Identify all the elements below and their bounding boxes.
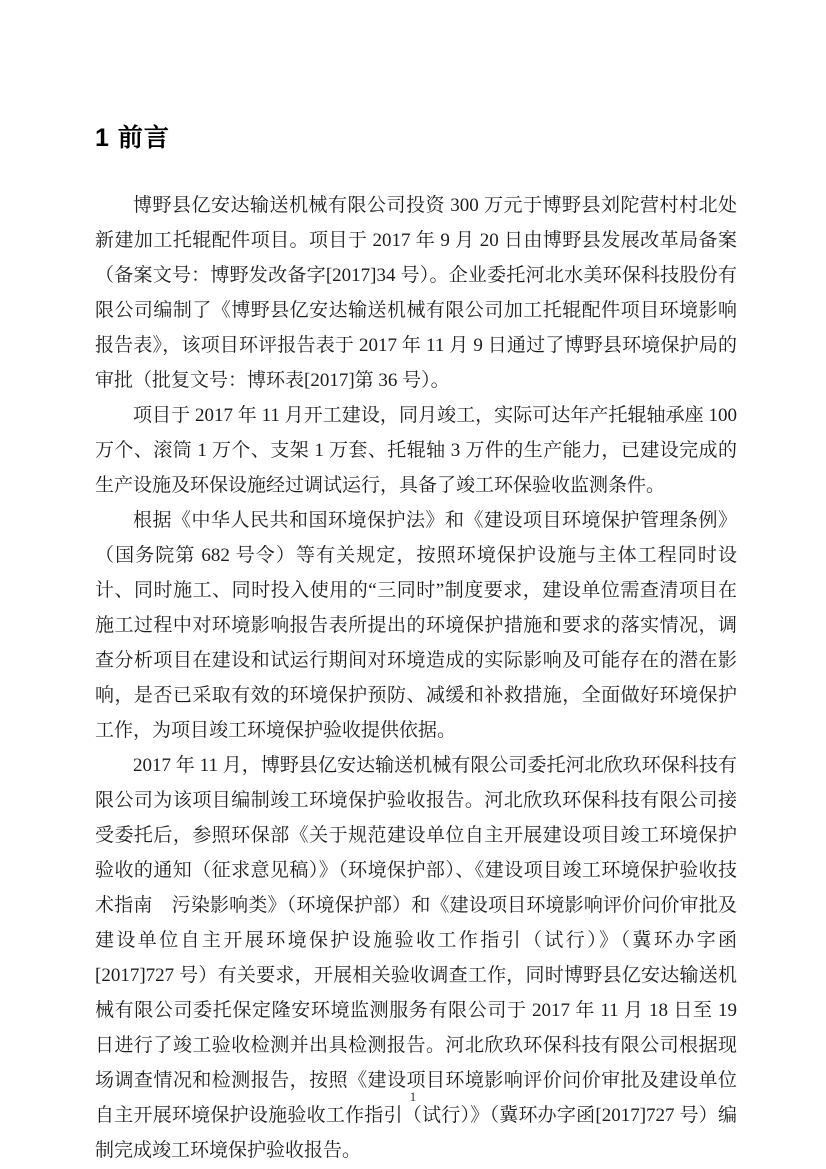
section-heading: 1 前言	[95, 118, 737, 154]
document-body: 1 前言 博野县亿安达输送机械有限公司投资 300 万元于博野县刘陀营村村北处新…	[95, 118, 737, 1168]
paragraph-construction-completion: 项目于 2017 年 11 月开工建设，同月竣工，实际可达年产托辊轴承座 100…	[95, 398, 737, 503]
paragraph-project-overview: 博野县亿安达输送机械有限公司投资 300 万元于博野县刘陀营村村北处新建加工托辊…	[95, 188, 737, 398]
paragraph-acceptance-process: 2017 年 11 月，博野县亿安达输送机械有限公司委托河北欣玖环保科技有限公司…	[95, 748, 737, 1168]
page-number: 1	[0, 1089, 826, 1105]
document-page: 1 前言 博野县亿安达输送机械有限公司投资 300 万元于博野县刘陀营村村北处新…	[0, 0, 826, 1169]
paragraph-legal-basis: 根据《中华人民共和国环境保护法》和《建设项目环境保护管理条例》（国务院第 682…	[95, 503, 737, 748]
